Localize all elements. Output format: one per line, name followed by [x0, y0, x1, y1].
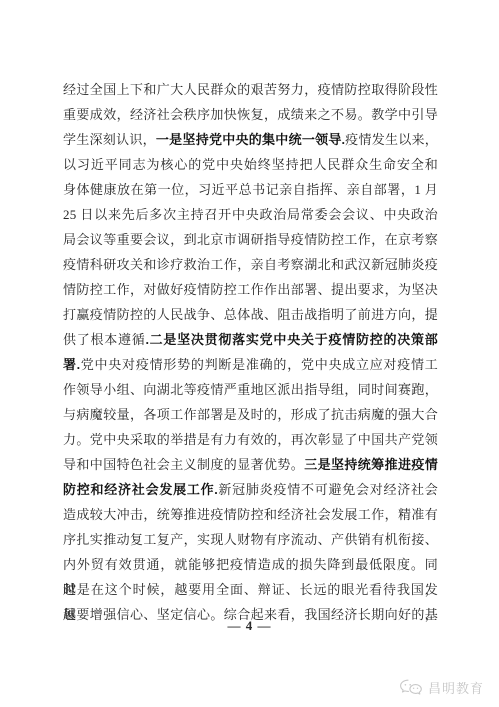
text-line: 内外贸有效贯通，就能够把疫情造成的损失降到最低限度。同时，: [63, 552, 438, 577]
body-text: 经过全国上下和广大人民群众的艰苦努力，疫情防控取得阶段性重要成效，经济社会秩序加…: [63, 77, 438, 627]
text-line: 导和中国特色社会主义制度的显著优势。三是坚持统筹推进疫情: [63, 452, 438, 477]
text-line: 重要成效，经济社会秩序加快恢复，成绩来之不易。教学中引导: [63, 102, 438, 127]
text-line: 署.党中央对疫情形势的判断是准确的，党中央成立应对疫情工: [63, 352, 438, 377]
document-page: 经过全国上下和广大人民群众的艰苦努力，疫情防控取得阶段性重要成效，经济社会秩序加…: [0, 0, 499, 707]
text-line: 身体健康放在第一位，习近平总书记亲自指挥、亲自部署，1 月: [63, 177, 438, 202]
text-line: 序扎实推动复工复产，实现人财物有序流动、产供销有机衔接、: [63, 527, 438, 552]
text-line: 疫情科研攻关和诊疗救治工作，亲自考察湖北和武汉新冠肺炎疫: [63, 252, 438, 277]
text-line: 作领导小组、向湖北等疫情严重地区派出指导组，同时间赛跑，: [63, 377, 438, 402]
text-line: 防控和经济社会发展工作.新冠肺炎疫情不可避免会对经济社会: [63, 477, 438, 502]
watermark-label: 昌明教育: [428, 678, 484, 697]
text-line: 学生深刻认识，一是坚持党中央的集中统一领导.疫情发生以来，: [63, 127, 438, 152]
page-number: — 4 —: [0, 618, 499, 634]
text-line: 经过全国上下和广大人民群众的艰苦努力，疫情防控取得阶段性: [63, 77, 438, 102]
watermark: 昌明教育: [399, 678, 484, 697]
text-line: 力。党中央采取的举措是有力有效的，再次彰显了中国共产党领: [63, 427, 438, 452]
text-line: 以习近平同志为核心的党中央始终坚持把人民群众生命安全和: [63, 152, 438, 177]
text-line: 局会议等重要会议，到北京市调研指导疫情防控工作，在京考察: [63, 227, 438, 252]
text-line: 造成较大冲击，统筹推进疫情防控和经济社会发展工作，精准有: [63, 502, 438, 527]
wechat-icon: [399, 679, 423, 696]
text-line: 情防控工作，对做好疫情防控工作作出部署、提出要求，为坚决: [63, 277, 438, 302]
text-line: 打赢疫情防控的人民战争、总体战、阻击战指明了前进方向，提: [63, 302, 438, 327]
text-line: 越是在这个时候，越要用全面、辩证、长远的眼光看待我国发展，: [63, 577, 438, 602]
text-line: 供了根本遵循.二是坚决贯彻落实党中央关于疫情防控的决策部: [63, 327, 438, 352]
text-line: 与病魔较量，各项工作部署是及时的，形成了抗击病魔的强大合: [63, 402, 438, 427]
text-line: 25 日以来先后多次主持召开中央政治局常委会会议、中央政治: [63, 202, 438, 227]
